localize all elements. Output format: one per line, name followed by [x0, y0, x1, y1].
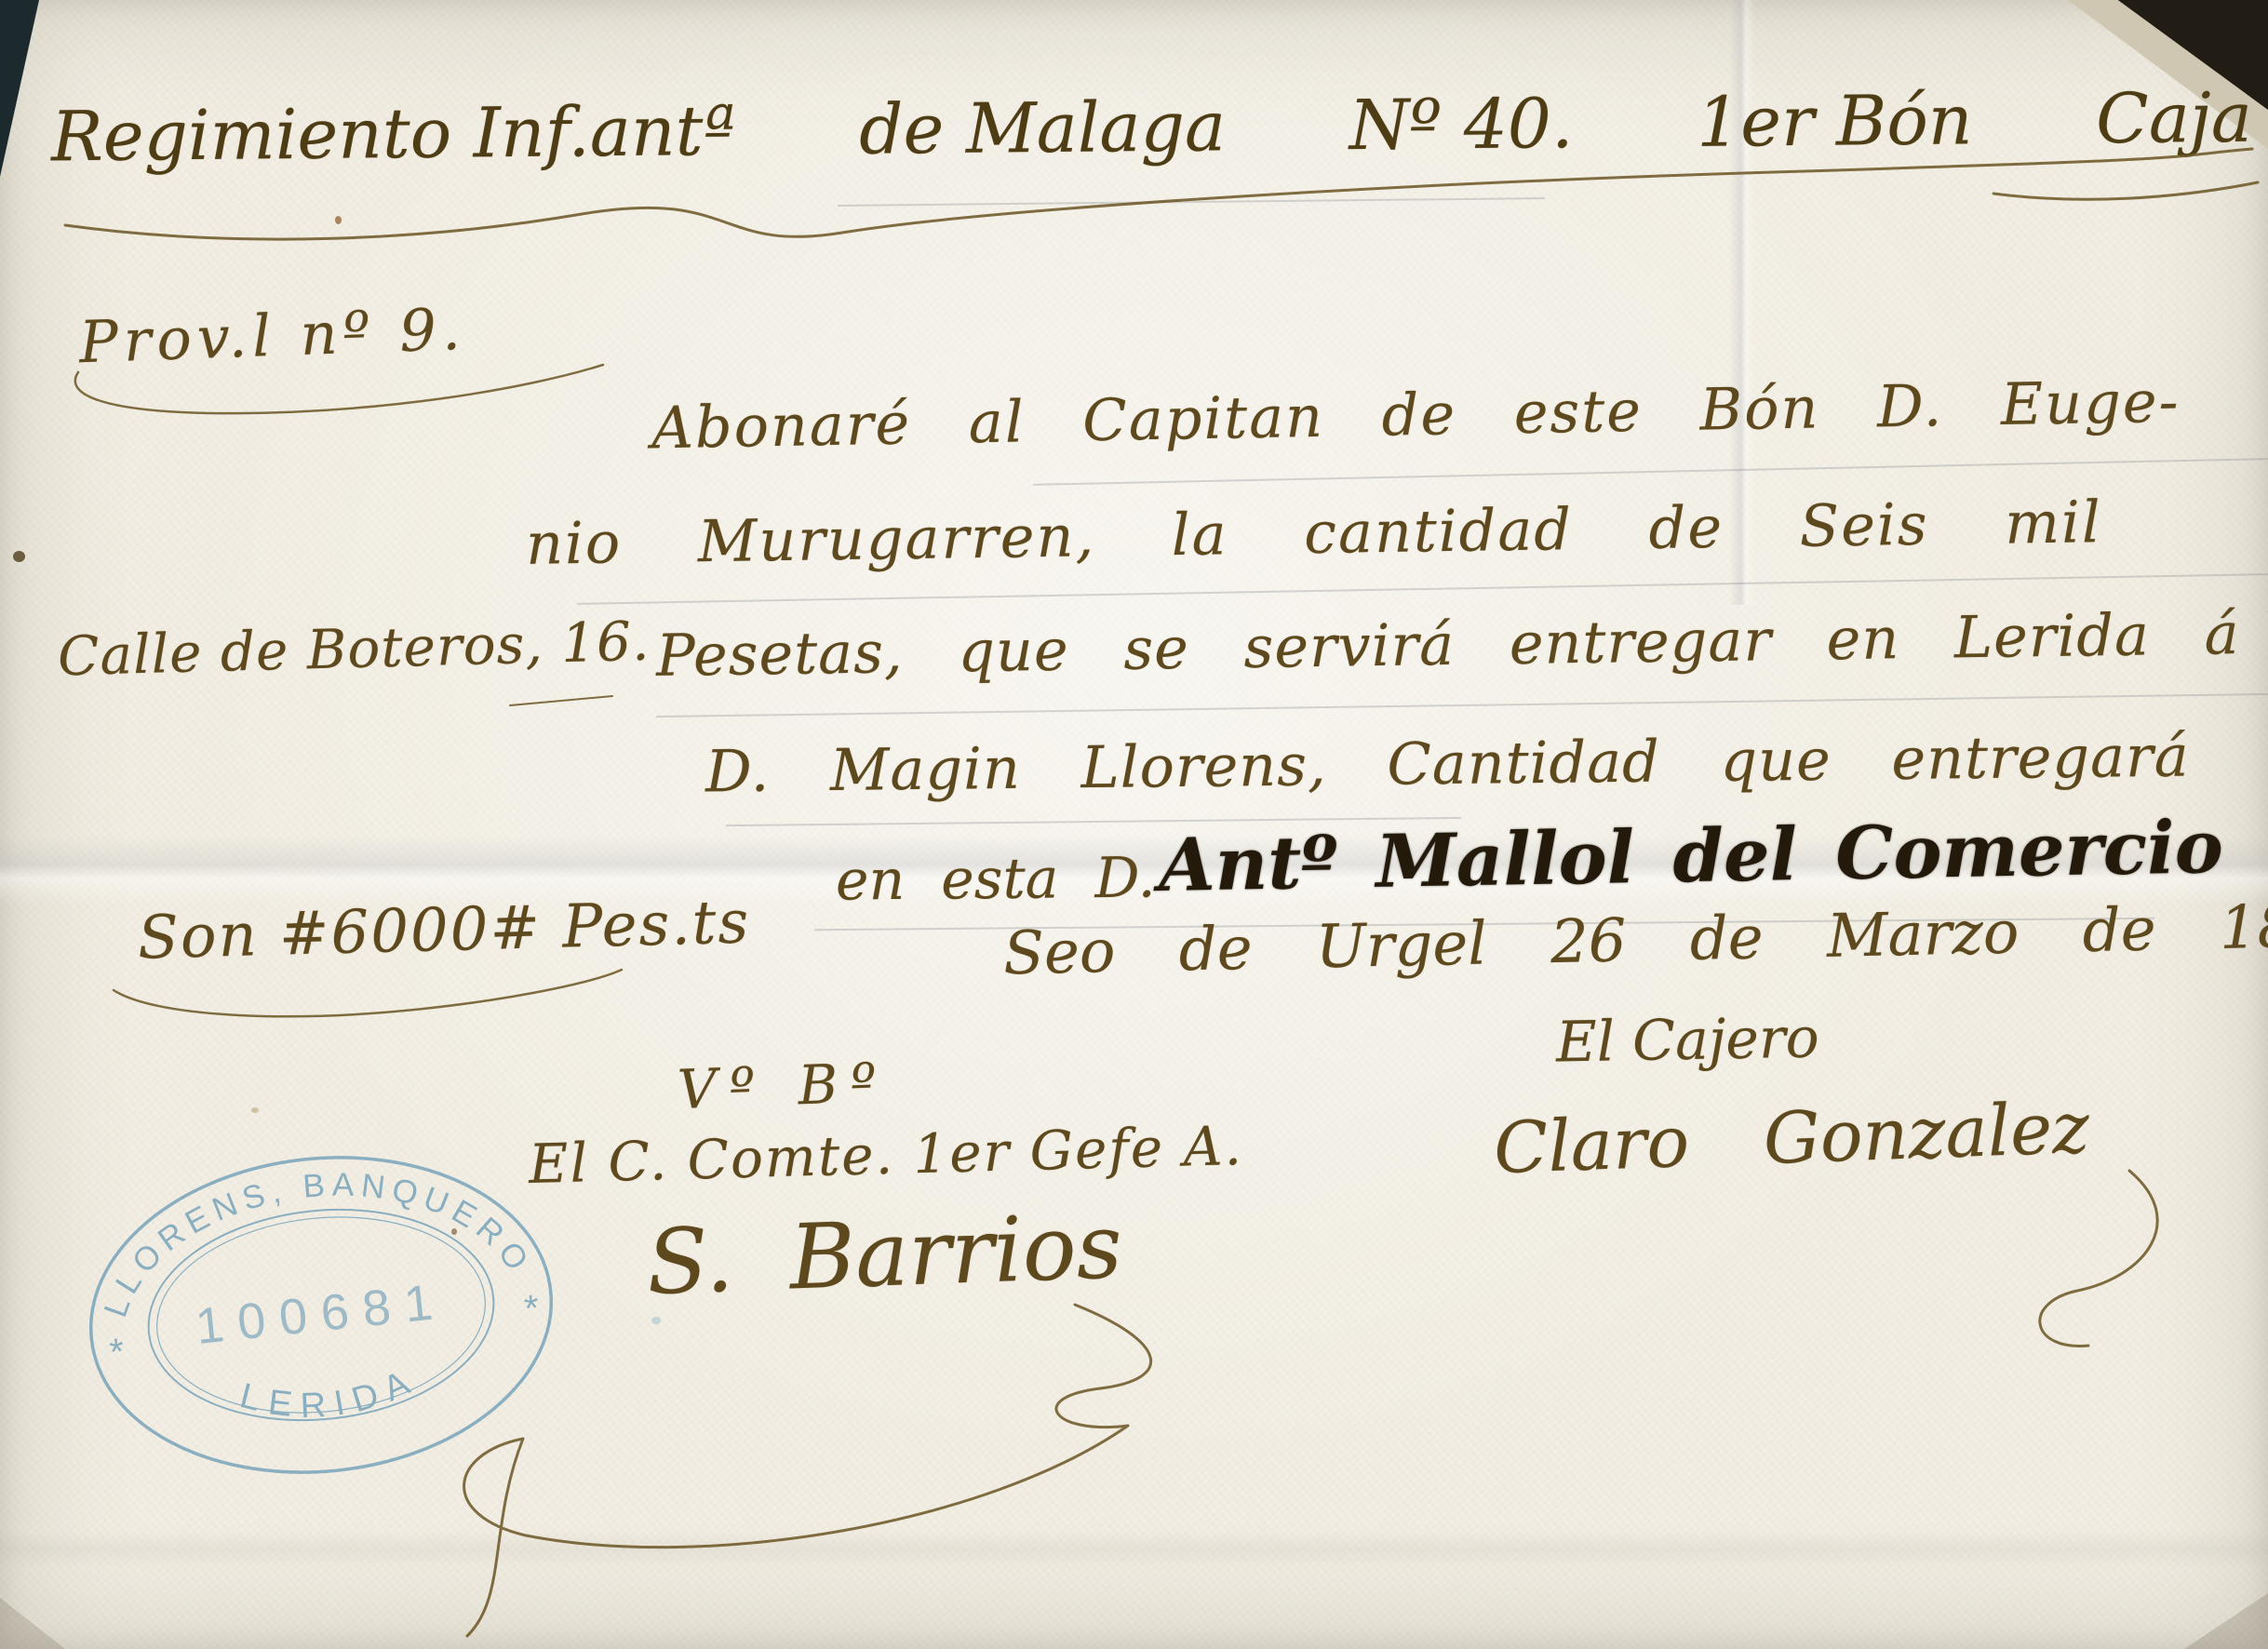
lower-crease: [0, 1531, 2268, 1568]
scanned-document: Regimiento Inf.antª de Malaga Nº 40. 1er…: [0, 0, 2268, 1649]
stamp-star-right-icon: *: [522, 1288, 541, 1330]
stamp-number: 100681: [193, 1273, 449, 1355]
guide-line: [838, 197, 1545, 207]
cashier-title: El Cajero: [1555, 1011, 1819, 1071]
stamp-arc-bottom-text: LERIDA: [233, 1358, 427, 1435]
llorens-banker-stamp: LLORENS, BANQUERO 100681 LERIDA * *: [63, 1128, 579, 1502]
stamp-star-left-icon: *: [108, 1331, 127, 1373]
guide-line: [577, 573, 2268, 605]
approver-signature: S. Barrios: [645, 1201, 1123, 1307]
cashier-signature: Claro Gonzalez: [1493, 1093, 2090, 1184]
header-place: de Malaga: [859, 92, 1226, 164]
amount-note: Son #6000# Pes.ts: [137, 892, 751, 968]
approver-title: El C. Comte. 1er Gefe A.: [528, 1119, 1243, 1191]
body-line-5: en esta D.: [836, 851, 1156, 909]
guide-line: [656, 693, 2268, 717]
dateline: Seo de Urgel 26 de Marzo de 1874: [1002, 896, 2268, 985]
body-line-4: D. Magin Llorens, Cantidad que entregará: [705, 728, 2190, 801]
street-underline: [510, 696, 612, 705]
body-line-3: Pesetas, que se servirá entregar en Leri…: [656, 605, 2240, 685]
body-line-2: nio Murugarren, la cantidad de Seis mil: [526, 493, 2102, 573]
prov-note: Prov.l nº 9.: [78, 301, 466, 371]
corner-bottom-left-shadow: [0, 1598, 65, 1649]
header-battalion: 1er Bón: [1697, 86, 1973, 157]
paper-stain: [651, 1317, 661, 1324]
cashier-signature-flourish: [2040, 1171, 2157, 1346]
paper-stain: [251, 1107, 259, 1113]
street-note: Calle de Boteros, 16.: [57, 614, 651, 684]
header-line: Regimiento Inf.antª de Malaga Nº 40. 1er…: [51, 84, 2253, 172]
ink-speck: [13, 551, 25, 562]
header-number: Nº 40.: [1349, 89, 1573, 160]
amount-underline: [114, 970, 622, 1016]
guide-line: [1033, 458, 2268, 486]
corner-top-left-shadow: [0, 0, 39, 177]
vobo-note: Vº Bº: [677, 1055, 890, 1117]
header-caja: Caja: [2096, 84, 2252, 154]
caja-underline: [1993, 182, 2258, 199]
body-line-1: Abonaré al Capitan de este Bón D. Euge-: [651, 373, 2181, 458]
corner-bottom-right-shadow: [2184, 1593, 2268, 1649]
payee-name: Antº Mallol del Comercio: [1158, 811, 2223, 903]
header-regiment: Regimiento Inf.antª: [51, 97, 736, 171]
ink-speck: [451, 1228, 457, 1235]
ink-speck: [335, 216, 342, 224]
